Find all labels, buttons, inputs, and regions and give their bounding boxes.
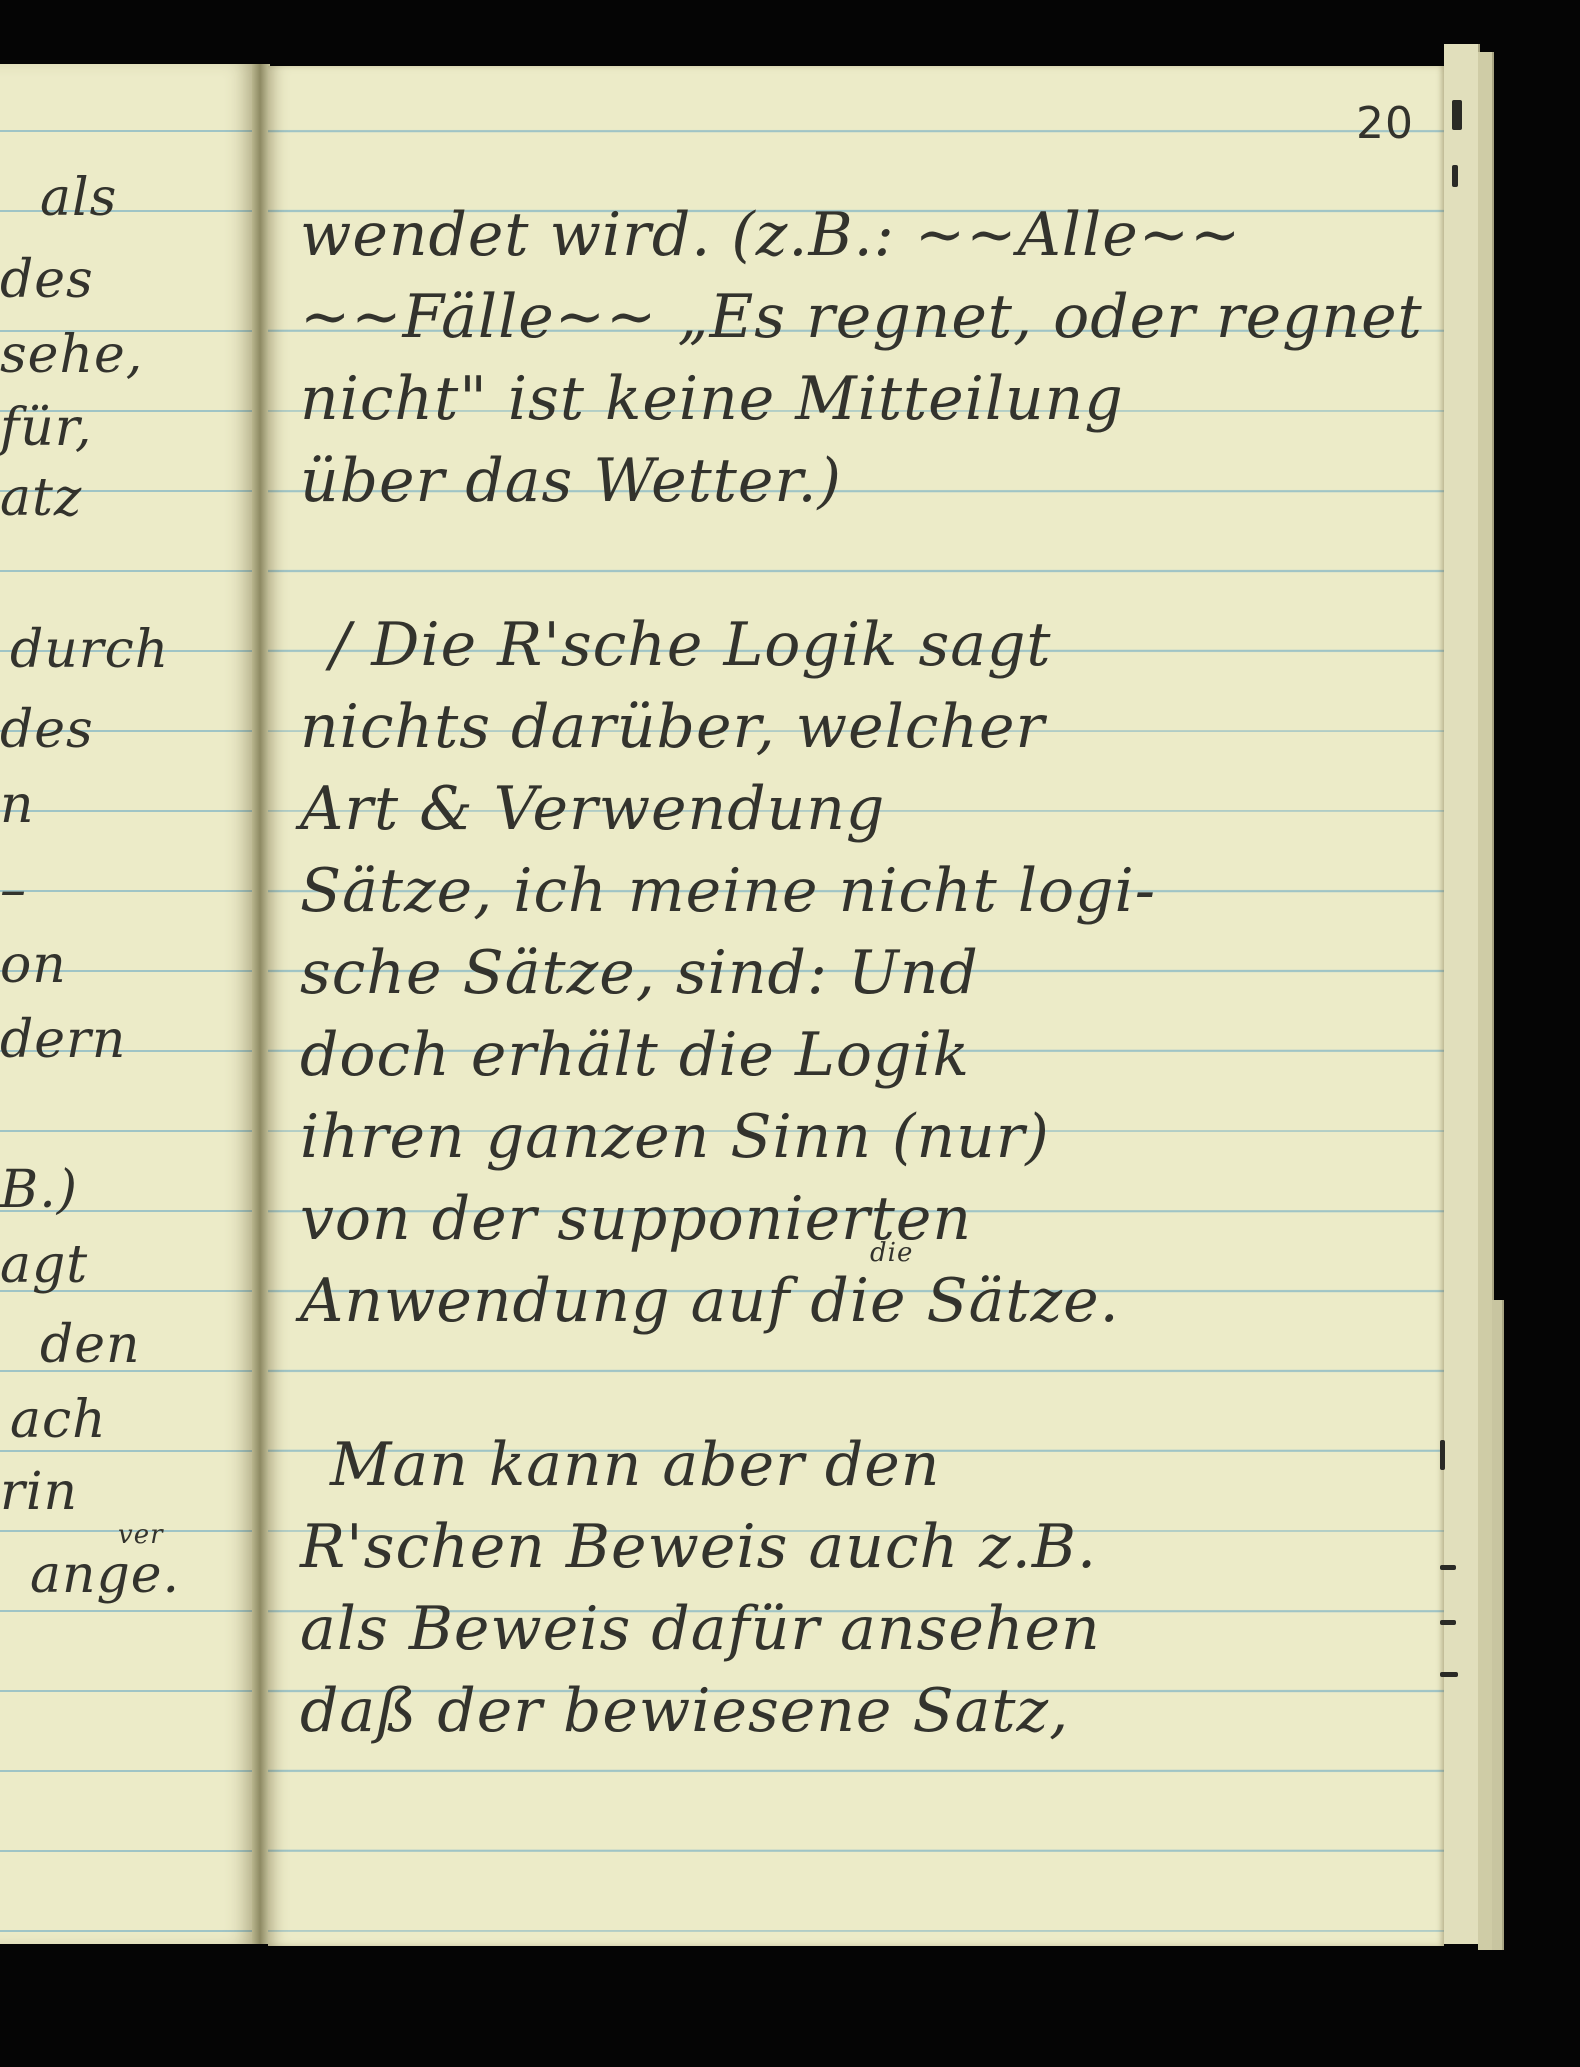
left-fragment: dern [0, 1010, 126, 1070]
text-line: Anwendung auf die Sätze. [300, 1266, 1120, 1336]
left-fragment: ach [10, 1390, 107, 1450]
left-fragment: – [0, 860, 27, 920]
insertion-die: die [870, 1238, 913, 1268]
text-line: als Beweis dafür ansehen [300, 1594, 1101, 1664]
edge-ink-mark [1440, 1440, 1445, 1470]
left-fragment: atz [0, 468, 82, 528]
text-line: Man kann aber den [330, 1430, 940, 1500]
text-line: über das Wetter.) [300, 446, 842, 516]
text-line: nichts darüber, welcher [300, 692, 1045, 762]
text-line: R'schen Beweis auch z.B. [300, 1512, 1097, 1582]
page-stack-edge [1444, 44, 1480, 1944]
text-line: sche Sätze, sind: Und [300, 938, 979, 1008]
text-line: doch erhält die Logik [300, 1020, 970, 1090]
text-line: wendet wird. (z.B.: ~~Alle~~ [300, 200, 1241, 270]
left-fragment: n [0, 775, 35, 835]
edge-ink-mark [1452, 100, 1462, 130]
left-fragment: des [0, 250, 94, 310]
edge-ink-mark [1440, 1620, 1456, 1625]
left-fragment: den [40, 1315, 141, 1375]
edge-ink-mark [1440, 1672, 1458, 1677]
left-fragment: B.) [0, 1160, 78, 1220]
left-fragment: ange. [30, 1545, 180, 1605]
edge-ink-mark [1452, 165, 1458, 187]
left-fragment: des [0, 700, 94, 760]
text-line: daß der bewiesene Satz, [300, 1676, 1069, 1746]
text-line: ihren ganzen Sinn (nur) [300, 1102, 1050, 1172]
left-fragment: rin [0, 1462, 78, 1522]
text-line: Sätze, ich meine nicht logi- [300, 856, 1156, 926]
left-fragment: agt [0, 1235, 88, 1295]
left-fragment: on [0, 935, 67, 995]
text-line: / Die R'sche Logik sagt [330, 610, 1052, 680]
page-stack-edge [1492, 1300, 1504, 1950]
left-fragment: durch [10, 620, 169, 680]
edge-ink-mark [1440, 1565, 1456, 1570]
left-fragment: für, [0, 398, 92, 458]
text-line: Art & Verwendung [300, 774, 885, 844]
page-number: 20 [1356, 98, 1414, 149]
left-fragment: als [40, 168, 117, 228]
left-fragment: sehe, [0, 325, 143, 385]
text-line: ~~Fälle~~ „Es regnet, oder regnet [300, 282, 1423, 352]
text-line: nicht" ist keine Mitteilung [300, 364, 1124, 434]
